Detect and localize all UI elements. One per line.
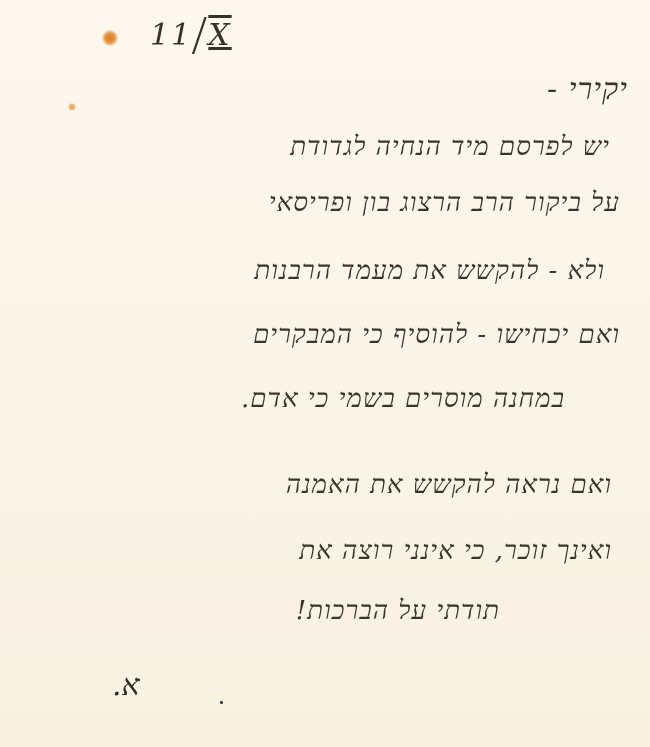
letter-page: 11/X יקירי - יש לפרסם מיד הנחיה לגדודת ע… xyxy=(0,0,650,747)
paragraph-1-line-3: ולא - להקשש את מעמד הרבנות xyxy=(254,256,605,286)
paragraph-1-line-2: על ביקור הרב הרצוג בון ופריסאי xyxy=(269,188,620,218)
date-separator: / xyxy=(194,9,206,62)
stray-dot xyxy=(220,701,223,704)
paragraph-2-line-2: ואינך זוכר, כי אינני רוצה את xyxy=(299,536,612,566)
salutation: יקירי - xyxy=(547,72,628,107)
paragraph-1-line-5: במחנה מוסרים בשמי כי אדם. xyxy=(241,384,565,414)
date-day: 11 xyxy=(150,18,192,53)
signature: א. xyxy=(112,668,140,703)
paragraph-1-line-1: יש לפרסם מיד הנחיה לגדודת xyxy=(290,132,610,162)
paragraph-2-line-1: ואם נראה להקשש את האמנה xyxy=(286,470,612,500)
paragraph-2-line-3: תודתי על הברכות! xyxy=(296,596,500,626)
date-month: X xyxy=(208,18,231,53)
paragraph-1-line-4: ואם יכחישו - להוסיף כי המבקרים xyxy=(253,320,620,350)
letter-date: 11/X xyxy=(150,18,232,53)
orange-ink-stain xyxy=(102,30,118,46)
small-orange-mark xyxy=(68,103,76,111)
